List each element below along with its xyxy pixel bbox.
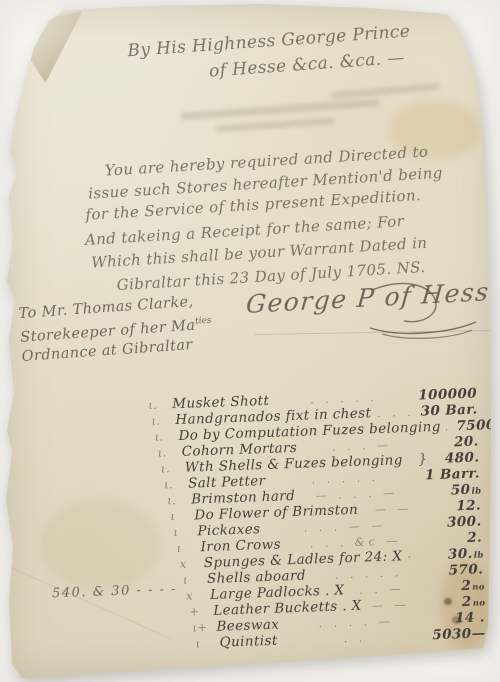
- item-value: 20.: [427, 433, 480, 451]
- address-superscript: ties: [195, 315, 212, 326]
- item-value: 2.: [430, 529, 483, 547]
- paper-stain: [440, 560, 490, 650]
- item-value: 50: [418, 482, 471, 500]
- crease-line: [0, 561, 172, 639]
- leader-dots: . . . —: [297, 437, 427, 455]
- list-row: + Leather Bucketts . X — — 2 no: [155, 593, 485, 621]
- bleed-through-smudge: [215, 118, 335, 132]
- item-marker: x: [186, 588, 210, 603]
- leader-dots: . . —: [344, 582, 419, 598]
- leader-dots: [403, 464, 419, 465]
- list-row: x Large Padlocks . X . . — 2 no: [155, 577, 485, 605]
- paper-stain: [390, 100, 480, 160]
- item-marker: ι.: [151, 413, 175, 428]
- item-marker: ι: [183, 572, 207, 587]
- item-value: 12.: [429, 497, 482, 515]
- item-unit-superscript: no: [473, 598, 486, 608]
- item-marker: ι: [170, 508, 194, 523]
- item-marker: ι.: [154, 429, 178, 444]
- item-value: 2: [419, 578, 472, 596]
- item-label: Pickaxes: [197, 521, 260, 539]
- item-unit-superscript: no: [472, 582, 485, 592]
- item-value: 100000: [418, 386, 477, 404]
- item-marker: ι.: [148, 397, 172, 412]
- item-value: 1 Barr.: [425, 465, 480, 483]
- body-line: You are hereby required and Directed to: [104, 138, 483, 182]
- body-text: You are hereby required and Directed to …: [82, 138, 489, 297]
- list-row: ι Quintist . . 5030—: [156, 625, 486, 653]
- address-line: To Mr. Thomas Clarke,: [18, 289, 249, 324]
- leader-dots: . . . &c —: [281, 533, 431, 551]
- stores-list: ι. Musket Shott . . . . . 100000 ι. Hand…: [148, 385, 487, 652]
- address-line-main: Storekeeper of her Ma: [20, 317, 196, 345]
- item-value: 14 .: [433, 609, 486, 627]
- leader-dots: . . . . .: [265, 469, 425, 488]
- leader-dots: . . . . —: [279, 613, 433, 631]
- item-label: Spunges & Ladles for 24: X: [204, 548, 403, 571]
- item-value: 2: [419, 594, 472, 612]
- address-block: To Mr. Thomas Clarke, Storekeeper of her…: [18, 289, 252, 367]
- document-heading: By His Highness George Prince of Hesse &…: [127, 14, 480, 90]
- item-label: Leather Bucketts . X: [213, 598, 362, 619]
- signature: George P of Hesse: [245, 276, 500, 319]
- paper-shadow-wrap: By His Highness George Prince of Hesse &…: [0, 0, 500, 682]
- margin-note: 540. & 30 - - - -: [52, 580, 237, 601]
- list-row: ι. Do by Computation Fuzes belonging . 7…: [149, 417, 479, 445]
- list-row: ι Pickaxes . . . — — 300.: [152, 513, 482, 541]
- manuscript-photo: By His Highness George Prince of Hesse &…: [0, 0, 500, 682]
- bleed-through-smudge: [330, 83, 440, 99]
- item-label: Handgranados fixt in chest: [175, 405, 371, 428]
- list-row: ι. Musket Shott . . . . . 100000: [148, 385, 478, 413]
- item-label: Iron Crows: [200, 536, 281, 555]
- signature-flourish: [244, 280, 484, 350]
- item-value: 300.: [429, 513, 482, 531]
- torn-corner-fold: [28, 11, 86, 83]
- item-marker: ι.: [158, 445, 182, 460]
- item-marker: ι: [176, 540, 200, 555]
- item-marker: ι.: [167, 493, 191, 508]
- item-value: 5030—: [432, 625, 486, 643]
- leader-dots: . . .: [371, 405, 421, 420]
- body-line: issue such Stores hereafter Mention'd be…: [88, 160, 485, 205]
- list-row: ι. Salt Petter . . . . . 1 Barr.: [151, 465, 481, 493]
- item-marker: +: [189, 604, 213, 619]
- item-marker: ι+: [192, 620, 216, 635]
- heading-line: of Hesse &ca. &ca. —: [208, 40, 479, 85]
- leader-dots: .: [441, 421, 449, 434]
- item-value: 7500.: [449, 417, 500, 435]
- list-row: x Spunges & Ladles for 24: X - 30. lb: [154, 545, 484, 573]
- leader-dots: — —: [358, 501, 429, 516]
- item-label: Salt Petter: [188, 473, 266, 492]
- item-value: 480.: [427, 449, 480, 467]
- address-line: Ordnance at Gibraltar: [21, 332, 252, 367]
- item-label: Musket Shott: [172, 393, 270, 412]
- list-row: ι+ Beeswax . . . . — 14 .: [156, 609, 486, 637]
- body-line: for the Service of this present Expediti…: [85, 181, 486, 226]
- crease-line: [255, 330, 490, 335]
- leader-dots: . . . . .: [269, 390, 419, 408]
- body-line: Which this shall be your Warrant Dated i…: [91, 229, 489, 274]
- item-label: Cohorn Mortars: [181, 440, 297, 460]
- item-label: Quintist: [219, 633, 278, 651]
- item-label: Brimston hard: [191, 488, 295, 508]
- ink-blot: [452, 616, 462, 624]
- list-row: ι. Brimston hard — . . . — 50 lb: [151, 481, 481, 509]
- item-label: Large Padlocks . X: [210, 582, 345, 603]
- item-marker: x: [180, 556, 204, 571]
- item-unit-superscript: lb: [471, 486, 481, 496]
- item-label: Do by Computation Fuzes belonging: [178, 419, 441, 444]
- leader-dots: — . . . —: [295, 486, 419, 503]
- brace-mark: }: [418, 451, 428, 467]
- body-line: Gibraltar this 23 Day of July 1705. NS.: [116, 253, 490, 297]
- ink-blot: [444, 598, 452, 605]
- item-marker: ι: [173, 524, 197, 539]
- item-label: Do Flower of Brimston: [194, 502, 358, 524]
- heading-line: By His Highness George Prince: [127, 14, 478, 64]
- list-row: ι. Wth Shells & Fuzes belonging } 480.: [150, 449, 480, 477]
- leader-dots: — —: [361, 598, 419, 613]
- list-row: ι. Handgranados fixt in chest . . . 30 B…: [149, 401, 479, 429]
- list-row: ι Iron Crows . . . &c — 2.: [153, 529, 483, 557]
- manuscript-paper: By His Highness George Prince of Hesse &…: [0, 0, 500, 682]
- item-marker: ι.: [164, 477, 188, 492]
- item-value: 570.: [431, 561, 484, 579]
- leader-dots: . .: [277, 629, 432, 647]
- item-label: Beeswax: [216, 617, 279, 635]
- list-row: ι Do Flower of Brimston — — 12.: [152, 497, 482, 525]
- paper-stain: [40, 500, 160, 590]
- item-marker: ι: [195, 636, 219, 651]
- item-value: 30 Bar.: [420, 402, 478, 420]
- leader-dots: -: [402, 550, 421, 564]
- list-row: ι Shells aboard . . . . . 570.: [154, 561, 484, 589]
- item-unit-superscript: lb: [474, 550, 484, 560]
- list-row: ι. Cohorn Mortars . . . — 20.: [150, 433, 480, 461]
- address-line: Storekeeper of her Maties: [19, 309, 250, 348]
- item-label: Shells aboard: [207, 568, 306, 587]
- item-marker: ι.: [161, 461, 185, 476]
- leader-dots: . . . . .: [306, 565, 432, 582]
- item-value: 30.: [420, 546, 473, 564]
- leader-dots: . . . — —: [260, 517, 430, 536]
- bleed-through-smudge: [180, 99, 380, 120]
- item-label: Wth Shells & Fuzes belonging: [185, 452, 403, 476]
- body-line: And takeing a Receipt for the same; For: [84, 206, 487, 251]
